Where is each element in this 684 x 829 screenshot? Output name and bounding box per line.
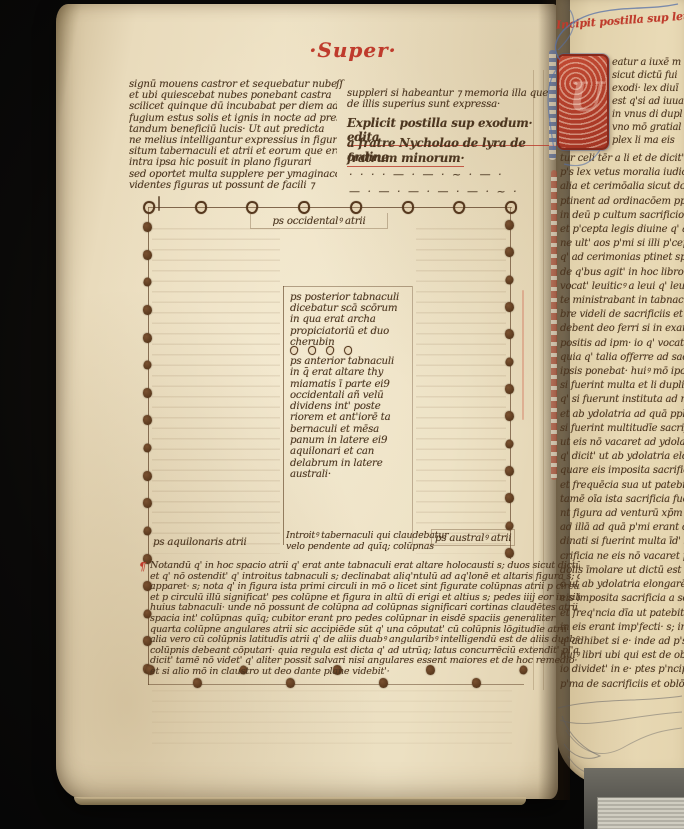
manuscript-photo: ·Super· signū mouens castror et sequebat… <box>0 0 684 829</box>
manuscript-line: ipsis ponebat· huiꝰ mō ipo sa <box>560 365 684 379</box>
manuscript-line: q' dicit' ut ab ydolatria elōg <box>560 450 684 464</box>
atrium-east-border <box>148 684 524 685</box>
pillar-marker <box>379 678 388 688</box>
caption-south-side: ps australꝰ atrii <box>431 529 515 546</box>
manuscript-line: et si alio mō in claustro ut deo dante p… <box>150 667 580 678</box>
pillar-marker <box>505 247 514 257</box>
manuscript-line: tur celi tēr a li et de dicit' <box>560 152 684 166</box>
initial-letter: U <box>569 74 604 121</box>
manuscript-line: ps anterior tabnaculi <box>290 356 414 367</box>
notandum-paragraph: Notandū q' in hoc spacio atrii q' erat a… <box>150 561 580 678</box>
manuscript-line: vno mō gratial <box>612 121 684 134</box>
pillar-marker <box>143 222 152 232</box>
manuscript-line: et p'cepta legis diuine q' ad <box>560 223 684 237</box>
line-filler-rows: · · · · — · — · ~ · — ·— · — · — · — · —… <box>349 166 545 200</box>
pillar-marker <box>142 360 152 371</box>
pillar-marker <box>505 411 514 421</box>
margin-red-mark <box>522 290 524 420</box>
pillar-marker <box>143 333 152 343</box>
manuscript-line: huiꝰ libri ubi qui est de oblō <box>560 649 684 663</box>
pillar-marker <box>286 678 295 688</box>
red-border-band <box>551 170 557 480</box>
manuscript-line: est q'si ad iuua <box>612 95 684 108</box>
manuscript-line: si fuerint multa et li duplici <box>560 379 684 393</box>
manuscript-line: cherubin <box>290 337 412 348</box>
manuscript-line: plex li ma eis <box>612 134 684 147</box>
pillar-marker <box>452 199 467 215</box>
pillar-marker <box>142 443 152 454</box>
pillar-marker <box>504 356 514 367</box>
manuscript-line: huius tabnaculi· unde nō possunt de colū… <box>150 603 580 614</box>
blue-filigree-strip <box>549 50 556 160</box>
tabernacle-anterior-text: ps anterior tabnaculiin q̄ erat altare t… <box>290 356 414 480</box>
manuscript-line: bre videli de sacrificiis et q' <box>560 308 684 322</box>
manuscript-line: alia et cerimōalia sicut dcm̄ <box>560 180 684 194</box>
manuscript-line: apparet· s; nota q' in figura ista primi… <box>150 582 580 593</box>
manuscript-line: et ubi quiescebat nubes ponebant castra <box>129 90 337 101</box>
manuscript-line: quarta colūpne angulares atrii sic accip… <box>150 625 580 636</box>
manuscript-line: et freq'ncia dīa ut patebit ī <box>560 607 684 621</box>
manuscript-line: q' adhibet si e· inde ad p'sēs <box>560 635 684 649</box>
pillar-marker <box>505 548 514 558</box>
manuscript-line: intra ipsa hic posuit in plano figurari <box>129 157 337 168</box>
pillar-marker <box>505 302 514 312</box>
pillar-marker <box>505 220 514 230</box>
manuscript-line: tandum beneficiū lucis· Ut aut predicta <box>129 124 337 135</box>
explicit-line-3: fratrum minorum· <box>347 151 557 167</box>
manuscript-line: quia q' talia offerre ad sacer <box>560 351 684 365</box>
tabernacle-sancta-sanctorum-text: ps posterior tabnaculidicebatur scā scōr… <box>290 292 412 348</box>
filler-row: · · · · — · — · ~ · — · <box>349 166 545 183</box>
filler-row: — · — · — · — · — · ~ · <box>349 183 545 200</box>
pillar-marker <box>505 384 514 394</box>
manuscript-line: p'ma de sacrificiis et oblōibus <box>560 678 684 692</box>
caption-west-side: ps occidentalꝰ atrii <box>250 213 388 229</box>
pillar-marker <box>142 525 152 536</box>
manuscript-line: alia vero cū colūpnis latitudīs atrii q'… <box>150 635 580 646</box>
pillar-marker <box>472 678 481 688</box>
manuscript-line: in q̄ erat altare thy <box>290 367 414 378</box>
manuscript-line: io dividet' in e· ptes p'ncipal <box>560 663 684 677</box>
manuscript-line: q' ad cerimonias ptinet spāl <box>560 251 684 265</box>
showthrough-text-left <box>152 228 280 554</box>
manuscript-line: suppleri si habeantur ⁊ memoria illa que <box>347 88 549 99</box>
pillar-marker <box>143 415 152 425</box>
manuscript-line: crificia ne eis nō vacaret p' <box>560 550 684 564</box>
manuscript-line: de q'bus agit' in hoc libro q' <box>560 266 684 280</box>
paragraph-mark: ſſ <box>336 79 343 90</box>
manuscript-line: tamē oīa ista sacrificia fueru <box>560 493 684 507</box>
pillar-marker <box>143 305 152 315</box>
pillar-marker <box>193 678 202 688</box>
manuscript-line: ptinent ad ordinacōem ppli <box>560 195 684 209</box>
manuscript-line: p's lex vetus moralia iudici <box>560 166 684 180</box>
tabernacle-left-border <box>283 286 284 545</box>
tabernacle-top-border <box>283 286 412 287</box>
manuscript-line: dolis īmolare ut dictū est s; <box>560 564 684 578</box>
manuscript-line: si fuerint multitudīe sacrific <box>560 422 684 436</box>
manuscript-line: dividens int' poste <box>290 401 414 412</box>
pillar-marker <box>505 201 517 214</box>
manuscript-line: delabrum in latere <box>290 458 414 469</box>
pillar-row-west <box>143 201 517 213</box>
manuscript-line: te ministrabant in tabnaclo <box>560 294 684 308</box>
pillar-marker <box>402 201 414 214</box>
manuscript-line: in qua erat archa <box>290 314 412 325</box>
pillar-marker <box>504 274 514 285</box>
pillar-marker <box>505 329 514 339</box>
pillar-marker <box>505 493 514 503</box>
manuscript-line: bernaculi et mēsa <box>290 424 414 435</box>
caption-north-side: ps aquilonaris atrii <box>153 537 247 548</box>
right-page-text-beside-initial: eatur a iuxē msicut dictū fuiexodi· lex … <box>612 56 684 147</box>
manuscript-line: sicut dictū fui <box>612 69 684 82</box>
manuscript-line: videntes figuras ut possunt de facili ⁊ <box>129 180 337 191</box>
manuscript-line: dicebatur scā scōrum <box>290 303 412 314</box>
pillar-marker <box>195 201 207 214</box>
manuscript-line: exodi· lex diuī <box>612 82 684 95</box>
manuscript-line: spacia int' colūpnas quīq; cubitor erant… <box>150 614 580 625</box>
manuscript-line: ne ult' aos p'mi si illi p'cepta <box>560 237 684 251</box>
manuscript-line: ut eis nō vacaret ad ydola s <box>560 436 684 450</box>
manuscript-line: ad illā ad quā p'mi erant or <box>560 521 684 535</box>
manuscript-line: dinati si fuerint multa īd' sa <box>560 535 684 549</box>
manuscript-line: australi· <box>290 469 414 480</box>
manuscript-line: Notandū q' in hoc spacio atrii q' erat a… <box>150 561 580 572</box>
manuscript-line: propiciatoriū et duo <box>290 326 412 337</box>
pillar-marker <box>298 201 310 214</box>
explicit-text: fratrum minorum· <box>347 151 464 167</box>
pillar-marker <box>142 199 157 215</box>
manuscript-line: ne melius intelligantur expressius in fi… <box>129 135 337 146</box>
manuscript-line: et frequēcia sua ut patebit <box>560 479 684 493</box>
caption-line: velo pendente ad quīq; colūpnas <box>286 542 454 553</box>
right-page-text-column: tur celi tēr a li et de dicit'p's lex ve… <box>560 152 684 692</box>
left-page-under-edge <box>74 797 526 805</box>
manuscript-line: eis imposita sacrificia a se ipō <box>560 592 684 606</box>
manuscript-line: et p circulū illū significat' pes colūpn… <box>150 593 580 604</box>
manuscript-line: q' si fuerunt instituta ad reu <box>560 393 684 407</box>
showthrough-text-right <box>416 228 506 554</box>
pillar-marker <box>142 277 152 288</box>
manuscript-line: quare eis imposita sacrificia <box>560 464 684 478</box>
pillar-marker <box>505 466 514 476</box>
caption-tabernacle-entrance: Introitꝰ tabernaculi qui claudebatur vel… <box>286 531 454 552</box>
manuscript-line: signū mouens castror et sequebatur nubes <box>129 79 337 90</box>
caption-line: Introitꝰ tabernaculi qui claudebatur <box>286 531 454 542</box>
manuscript-line: ps posterior tabnaculi <box>290 292 412 303</box>
manuscript-line: et q' nō ostendit' q' introitus tabnacul… <box>150 572 580 583</box>
manuscript-line: riorem et ant'iorē ta <box>290 412 414 423</box>
showthrough-text-bottom <box>152 690 512 750</box>
manuscript-line: debent deo ferri si in exang <box>560 322 684 336</box>
manuscript-line: vocat' leuiticꝰ a leui q' leui <box>560 280 684 294</box>
manuscript-line: aquilonari et can <box>290 446 414 457</box>
manuscript-line: dicit' tamē nō videt' q' aliter possit s… <box>150 656 580 667</box>
manuscript-line: et ab ydolatria ad quā ppls <box>560 408 684 422</box>
running-title: ·Super· <box>288 38 418 62</box>
manuscript-line: miamatis ī parte ei9 <box>290 379 414 390</box>
left-text-column: signū mouens castror et sequebatur nubes… <box>129 79 337 191</box>
manuscript-line: panum in latere ei9 <box>290 435 414 446</box>
manuscript-line: in deū p cultum sacrificior <box>560 209 684 223</box>
pillar-marker <box>504 438 514 449</box>
pillar-marker <box>143 498 152 508</box>
red-paragraph-mark: ¶ <box>139 560 146 573</box>
manuscript-line: fugium estus solis et ignis in nocte ad … <box>129 113 337 124</box>
right-text-column: suppleri si habeantur ⁊ memoria illa que… <box>347 88 549 110</box>
manuscript-line: in eis erant imp'fecti· s; in e <box>560 621 684 635</box>
pillar-marker <box>143 388 152 398</box>
manuscript-line: eatur a iuxē m <box>612 56 684 69</box>
manuscript-line: positis ad ipm· io q' vocat' <box>560 337 684 351</box>
manuscript-line: scilicet quinque dū incubabat per diem a… <box>129 101 337 112</box>
book-page-stack-edge <box>597 797 684 829</box>
manuscript-line: nt figura ad venturū xp̄m et <box>560 507 684 521</box>
manuscript-line: colūpnis debeant cōputari· quia regula e… <box>150 646 580 657</box>
manuscript-line: sed oportet multa supplere per ymaginacō… <box>129 169 337 180</box>
pillar-marker <box>143 471 152 481</box>
manuscript-line: situm tabernaculi et atrii et eorum que … <box>129 146 337 157</box>
pillar-column-south <box>503 220 516 558</box>
decorated-initial: U <box>557 54 609 150</box>
manuscript-line: in vnus di dupl <box>612 108 684 121</box>
manuscript-line: de illis superius sunt expressa· <box>347 99 549 110</box>
pillar-marker <box>143 250 152 260</box>
manuscript-line: occidentali añ velū <box>290 390 414 401</box>
manuscript-line: ō ut ab ydolatria elongarēt' <box>560 578 684 592</box>
